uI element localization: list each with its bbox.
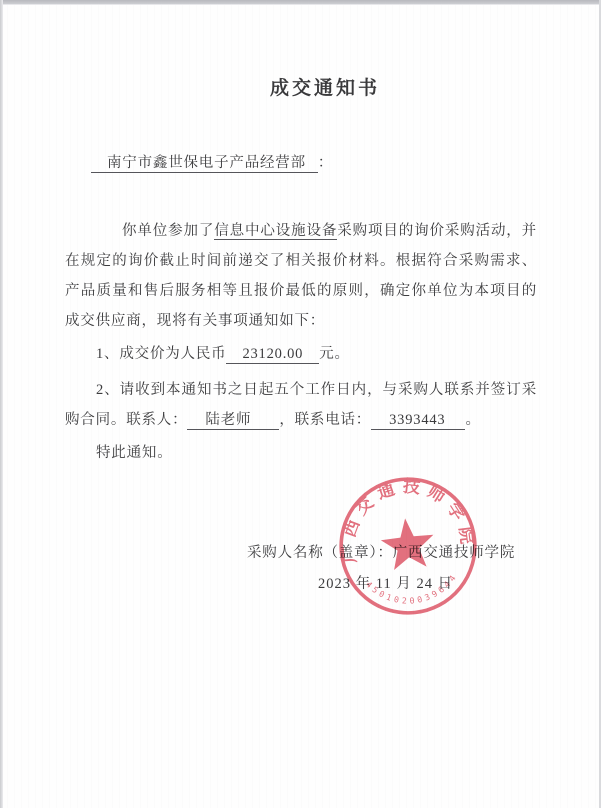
- addressee-line: 南宁市鑫世保电子产品经营部：: [65, 148, 537, 178]
- contact-person: 陆老师: [187, 412, 279, 430]
- item2-suffix: 。: [465, 412, 480, 428]
- project-name-underlined: 信息中心设施设备: [214, 223, 337, 240]
- paragraph-lead: 你单位参加了: [122, 223, 214, 239]
- item-1-deal-price: 1、成交价为人民币23120.00元。: [65, 339, 537, 369]
- item2-mid: ，联系电话：: [279, 412, 371, 428]
- document-title: 成交通知书: [89, 78, 561, 100]
- document-body: 成交通知书 南宁市鑫世保电子产品经营部： 你单位参加了信息中心设施设备采购项目的…: [0, 78, 601, 468]
- addressee-name: 南宁市鑫世保电子产品经营部: [91, 155, 318, 173]
- item-2-contact: 2、请收到本通知书之日起五个工作日内，与采购人联系并签订采购合同。联系人：陆老师…: [65, 375, 537, 435]
- item1-text: 1、成交价为人民币: [96, 346, 226, 362]
- contact-phone: 3393443: [371, 412, 465, 430]
- item1-suffix: 元。: [319, 346, 350, 362]
- main-paragraph: 你单位参加了信息中心设施设备采购项目的询价采购活动，并在规定的询价截止时间前递交…: [65, 216, 537, 336]
- seal-star-icon: [379, 516, 437, 571]
- closing-line: 特此通知。: [65, 438, 537, 468]
- deal-price-value: 23120.00: [226, 346, 319, 364]
- official-seal: 广西交通技师学院 4501020039644: [329, 467, 487, 625]
- addressee-colon: ：: [318, 155, 333, 171]
- scan-edge-top-highlight: [0, 4, 601, 5]
- scanned-document-page: 成交通知书 南宁市鑫世保电子产品经营部： 你单位参加了信息中心设施设备采购项目的…: [0, 0, 601, 808]
